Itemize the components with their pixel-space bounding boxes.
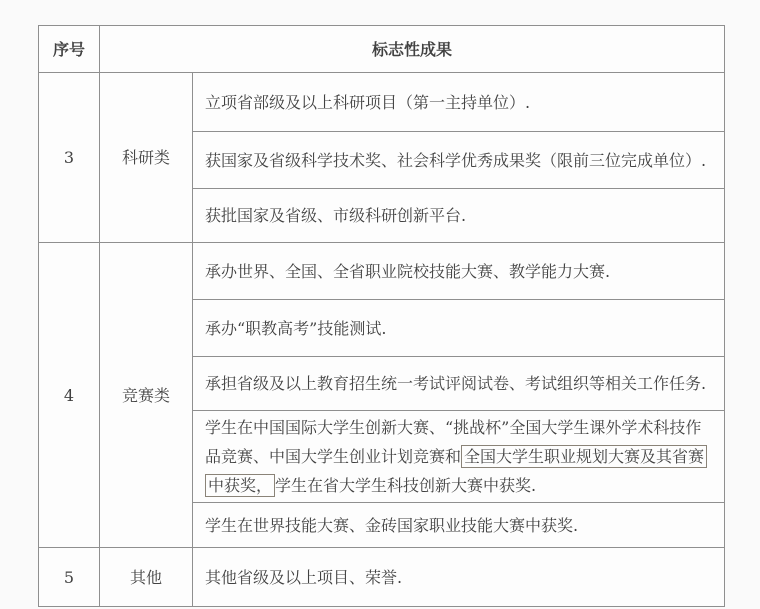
serial-cell-3: 3 (39, 73, 100, 243)
achievement-cell-annotated: 学生在中国国际大学生创新大赛、“挑战杯”全国大学生课外学术科技作品竞赛、中国大学… (193, 411, 725, 503)
achievement-cell: 获批国家及省级、市级科研创新平台. (193, 189, 725, 243)
achievement-cell: 获国家及省级科学技术奖、社会科学优秀成果奖（限前三位完成单位）. (193, 132, 725, 189)
achievement-cell: 承办“职教高考”技能测试. (193, 300, 725, 357)
header-achievement: 标志性成果 (100, 26, 725, 73)
achievement-cell: 承担省级及以上教育招生统一考试评阅试卷、考试组织等相关工作任务. (193, 357, 725, 411)
serial-cell-5: 5 (39, 548, 100, 607)
table-row: 4 竞赛类 承办世界、全国、全省职业院校技能大赛、教学能力大赛. (39, 243, 725, 300)
achievement-cell: 承办世界、全国、全省职业院校技能大赛、教学能力大赛. (193, 243, 725, 300)
achievement-cell: 立项省部级及以上科研项目（第一主持单位）. (193, 73, 725, 132)
table-header-row: 序号 标志性成果 (39, 26, 725, 73)
serial-cell-4: 4 (39, 243, 100, 548)
achievement-text-after: 学生在省大学生科技创新大赛中获奖. (275, 476, 536, 495)
table-row: 3 科研类 立项省部级及以上科研项目（第一主持单位）. (39, 73, 725, 132)
category-cell-other: 其他 (100, 548, 193, 607)
achievements-table: 序号 标志性成果 3 科研类 立项省部级及以上科研项目（第一主持单位）. 获国家… (38, 25, 725, 607)
table-row: 5 其他 其他省级及以上项目、荣誉. (39, 548, 725, 607)
achievement-cell: 学生在世界技能大赛、金砖国家职业技能大赛中获奖. (193, 503, 725, 548)
achievement-cell: 其他省级及以上项目、荣誉. (193, 548, 725, 607)
header-serial: 序号 (39, 26, 100, 73)
category-cell-competition: 竞赛类 (100, 243, 193, 548)
category-cell-research: 科研类 (100, 73, 193, 243)
